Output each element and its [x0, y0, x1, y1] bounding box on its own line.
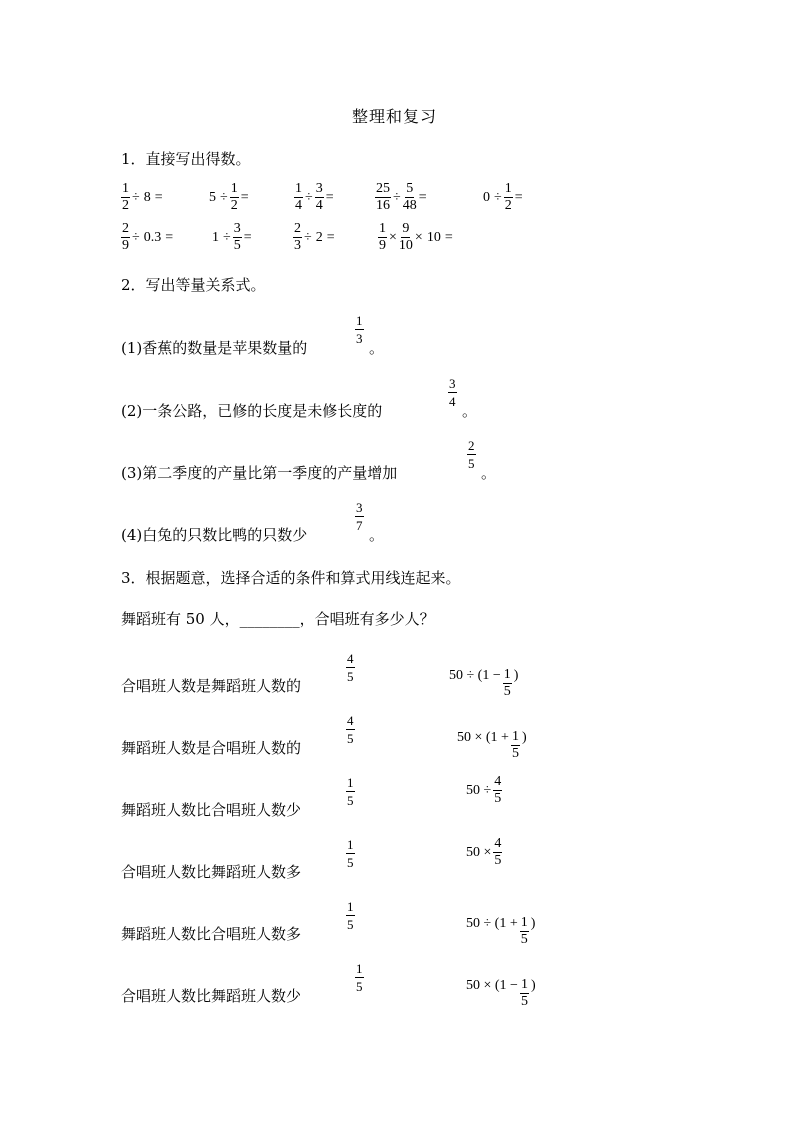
fraction: 15	[346, 838, 355, 869]
calc-item: 19 × 910 ×10=	[378, 222, 455, 253]
question-3-prompt: 舞蹈班有 50 人，________，合唱班有多少人？	[121, 608, 435, 629]
period: 。	[369, 337, 384, 358]
condition-1: 合唱班人数是舞蹈班人数的	[121, 675, 301, 696]
calc-item: 14 ÷ 34 =	[294, 182, 336, 213]
fraction: 45	[346, 652, 355, 683]
fraction: 37	[355, 501, 364, 532]
calc-item: 12 ÷8=	[121, 182, 165, 213]
page-title: 整理和复习	[352, 104, 437, 127]
calc-item: 5÷ 12 =	[207, 182, 251, 213]
fraction: 15	[355, 962, 364, 993]
formula-3: 50 ÷ 45	[464, 775, 502, 806]
condition-2: 舞蹈班人数是合唱班人数的	[121, 737, 301, 758]
fraction: 13	[355, 314, 364, 345]
calc-item: 1÷ 35 =	[210, 222, 254, 253]
condition-3: 舞蹈班人数比合唱班人数少	[121, 799, 301, 820]
question-3-heading: 3．根据题意，选择合适的条件和算式用线连起来。	[121, 567, 461, 588]
condition-4: 合唱班人数比舞蹈班人数多	[121, 861, 301, 882]
formula-2: 50 × (1 + 15 )	[455, 714, 529, 761]
question-2-heading: 2．写出等量关系式。	[121, 274, 266, 295]
fraction: 15	[346, 776, 355, 807]
period: 。	[369, 524, 384, 545]
formula-4: 50 × 45	[464, 837, 502, 868]
calc-item: 23 ÷2=	[293, 222, 337, 253]
relation-item-2: (2)一条公路，已修的长度是未修长度的	[121, 400, 382, 421]
condition-5: 舞蹈班人数比合唱班人数多	[121, 923, 301, 944]
fraction: 15	[346, 900, 355, 931]
calc-item: 2516 ÷ 548 =	[375, 182, 429, 213]
fraction: 25	[467, 439, 476, 470]
condition-6: 合唱班人数比舞蹈班人数少	[121, 985, 301, 1006]
formula-6: 50 × (1 − 15 )	[464, 962, 538, 1009]
relation-item-3: (3)第二季度的产量比第一季度的产量增加	[121, 462, 397, 483]
formula-5: 50 ÷ (1 + 15 )	[464, 900, 537, 947]
fraction: 34	[448, 377, 457, 408]
relation-item-4: (4)白兔的只数比鸭的只数少	[121, 524, 307, 545]
formula-1: 50 ÷ (1 − 15 )	[447, 652, 520, 699]
period: 。	[481, 462, 496, 483]
calc-item: 0÷ 12 =	[481, 182, 525, 213]
question-1-heading: 1．直接写出得数。	[121, 148, 251, 169]
period: 。	[462, 400, 477, 421]
calc-item: 29 ÷0.3=	[121, 222, 175, 253]
relation-item-1: (1)香蕉的数量是苹果数量的	[121, 337, 307, 358]
fraction: 45	[346, 714, 355, 745]
